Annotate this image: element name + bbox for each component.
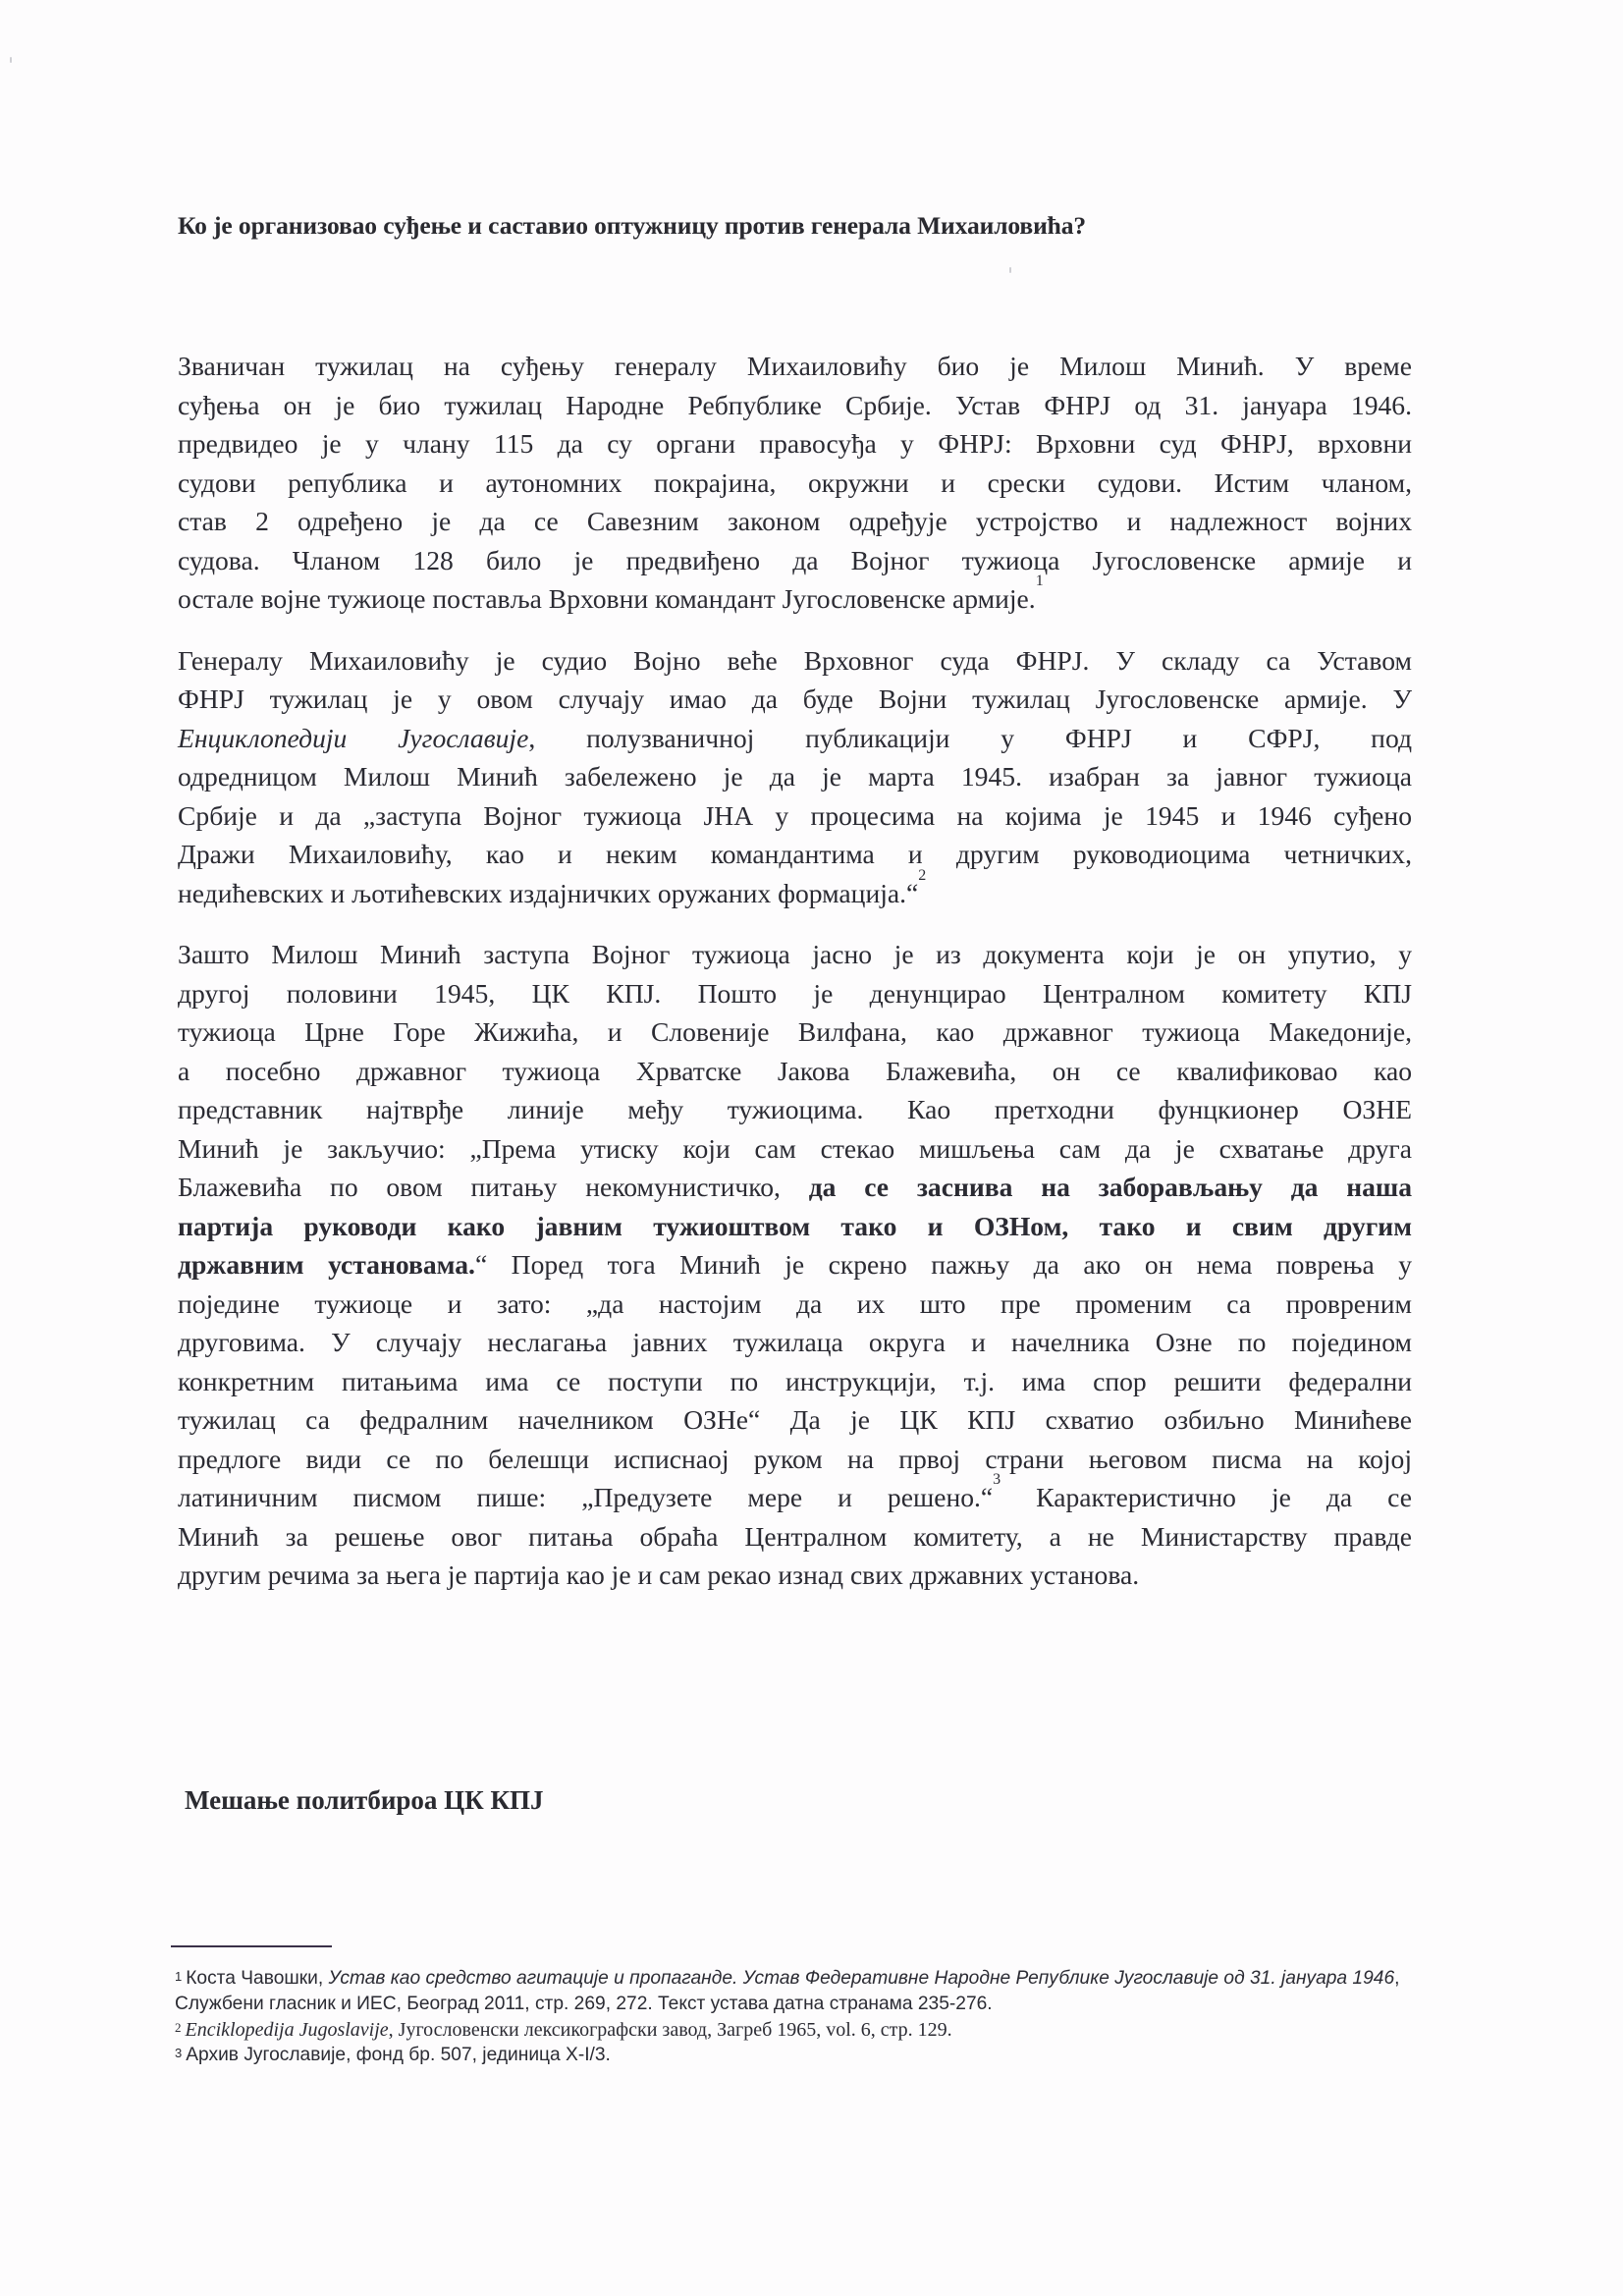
text-run: латиничним писмом пише: „Предузете мере … xyxy=(178,1482,993,1512)
text-line: Енциклопедији Југославије, полузваничној… xyxy=(178,719,1412,758)
text-run: предлоге види се по белешци исписнаој ру… xyxy=(178,1444,1412,1474)
text-run: предвидео је у члану 115 да су органи пр… xyxy=(178,428,1412,459)
text-line: тужиоца Црне Горе Жижића, и Словеније Ви… xyxy=(178,1012,1412,1052)
text-line: одредницом Милош Минић забележено је да … xyxy=(178,757,1412,796)
text-run: Минић је закључио: „Према утиску који са… xyxy=(178,1133,1412,1164)
text-line: суђења он је био тужилац Народне Ребпубл… xyxy=(178,386,1412,425)
paragraph: Званичан тужилац на суђењу генералу Миха… xyxy=(178,347,1412,619)
text-line: друговима. У случају неслагања јавних ту… xyxy=(178,1323,1412,1362)
text-line: Генералу Михаиловићу је судио Војно веће… xyxy=(178,641,1412,681)
text-line: Србије и да „заступа Војног тужиоца ЈНА … xyxy=(178,796,1412,836)
footnote-separator xyxy=(171,1945,332,1947)
text-line: судова. Чланом 128 било је предвиђено да… xyxy=(178,541,1412,580)
paragraph: Зашто Милош Минић заступа Војног тужиоца… xyxy=(178,935,1412,1595)
text-line: другој половини 1945, ЦК КПЈ. Пошто је д… xyxy=(178,974,1412,1013)
footnote-reference[interactable]: 1 xyxy=(1036,573,1044,589)
text-line: став 2 одређено је да се Савезним законо… xyxy=(178,502,1412,541)
text-line: партија руководи како јавним тужиоштвом … xyxy=(178,1207,1412,1246)
text-run: Званичан тужилац на суђењу генералу Миха… xyxy=(178,351,1412,381)
text-run: остале војне тужиоце поставља Врховни ко… xyxy=(178,583,1036,614)
text-run: суђења он је био тужилац Народне Ребпубл… xyxy=(178,390,1412,420)
text-line: предвидео је у члану 115 да су органи пр… xyxy=(178,424,1412,464)
text-line: Блажевића по овом питању некомунистичко,… xyxy=(178,1168,1412,1207)
text-line: Званичан тужилац на суђењу генералу Миха… xyxy=(178,347,1412,386)
text-run: друговима. У случају неслагања јавних ту… xyxy=(178,1327,1412,1357)
text-line: Минић за решење овог питања обраћа Центр… xyxy=(178,1517,1412,1557)
text-line: представник најтврђе линије међу тужиоци… xyxy=(178,1090,1412,1129)
text-run: Зашто Милош Минић заступа Војног тужиоца… xyxy=(178,939,1412,969)
scan-speck xyxy=(10,57,12,63)
footnote-3: 3Архив Југославије, фонд бр. 507, једини… xyxy=(175,2043,1412,2068)
section-heading: Мешање политбироа ЦК КПЈ xyxy=(185,1785,544,1816)
text-run: Србије и да „заступа Војног тужиоца ЈНА … xyxy=(178,800,1412,831)
text-run: тужиоца Црне Горе Жижића, и Словеније Ви… xyxy=(178,1016,1412,1047)
text-run: представник најтврђе линије међу тужиоци… xyxy=(178,1094,1412,1124)
footnote-number: 1 xyxy=(175,1969,182,1984)
footnote-reference[interactable]: 3 xyxy=(993,1471,1001,1488)
text-line: а посебно државног тужиоца Хрватске Јако… xyxy=(178,1052,1412,1091)
text-run: Дражи Михаиловићу, као и неким командант… xyxy=(178,839,1412,869)
text-line: недићевских и љотићевских издајничких ор… xyxy=(178,874,1412,913)
text-line: конкретним питањима има се поступи по ин… xyxy=(178,1362,1412,1401)
paragraph: Генералу Михаиловићу је судио Војно веће… xyxy=(178,641,1412,913)
document-title: Ко је организовао суђење и саставио опту… xyxy=(178,211,1086,241)
text-line: другим речима за њега је партија као је … xyxy=(178,1556,1412,1595)
text-run: поједине тужиоце и зато: „да настојим да… xyxy=(178,1288,1412,1319)
text-line: Зашто Милош Минић заступа Војног тужиоца… xyxy=(178,935,1412,974)
text-run: судова. Чланом 128 било је предвиђено да… xyxy=(178,545,1412,575)
text-line: предлоге види се по белешци исписнаој ру… xyxy=(178,1440,1412,1479)
text-run: тужилац са федралним начелником ОЗНе“ Да… xyxy=(178,1404,1412,1435)
text-line: Минић је закључио: „Према утиску који са… xyxy=(178,1129,1412,1169)
text-run: одредницом Милош Минић забележено је да … xyxy=(178,761,1412,792)
text-run: конкретним питањима има се поступи по ин… xyxy=(178,1366,1412,1396)
text-run: Генералу Михаиловићу је судио Војно веће… xyxy=(178,645,1412,676)
citation-title: Enciklopedija Jugoslavije xyxy=(186,2019,389,2041)
text-line: остале војне тужиоце поставља Врховни ко… xyxy=(178,579,1412,619)
bold-text: партија руководи како јавним тужиоштвом … xyxy=(178,1211,1412,1241)
text-line: Дражи Михаиловићу, као и неким командант… xyxy=(178,835,1412,874)
text-run: Блажевића по овом питању некомунистичко, xyxy=(178,1172,809,1202)
citation-text: Коста Чавошки, xyxy=(186,1968,328,1989)
text-line: латиничним писмом пише: „Предузете мере … xyxy=(178,1478,1412,1517)
text-line: судови република и аутономних покрајина,… xyxy=(178,464,1412,503)
footnote-reference[interactable]: 2 xyxy=(918,867,926,884)
text-line: ФНРЈ тужилац је у овом случају имао да б… xyxy=(178,680,1412,719)
text-run: “ Поред тога Минић је скрено пажњу да ак… xyxy=(475,1249,1412,1280)
citation-text: Архив Југославије, фонд бр. 507, јединиц… xyxy=(186,2045,611,2065)
italic-text: Енциклопедији Југославије xyxy=(178,723,528,753)
text-run: Карактеристично је да се xyxy=(1001,1482,1412,1512)
text-run: ФНРЈ тужилац је у овом случају имао да б… xyxy=(178,683,1412,714)
document-page: Ко је организовао суђење и саставио опту… xyxy=(0,0,1623,2296)
citation-title: Устав као средство агитације и пропаганд… xyxy=(329,1968,1395,1989)
scan-speck xyxy=(1009,267,1011,273)
text-line: државним установама.“ Поред тога Минић ј… xyxy=(178,1245,1412,1285)
text-run: а посебно државног тужиоца Хрватске Јако… xyxy=(178,1056,1412,1086)
text-run: другим речима за њега је партија као је … xyxy=(178,1559,1139,1590)
bold-text: да се заснива на заборављању да наша xyxy=(809,1172,1412,1202)
text-run: судови република и аутономних покрајина,… xyxy=(178,467,1412,498)
text-run: недићевских и љотићевских издајничких ор… xyxy=(178,878,918,908)
citation-text: , Југословенски лексикографски завод, За… xyxy=(389,2019,952,2041)
text-run: , полузваничној публикацији у ФНРЈ и СФР… xyxy=(528,723,1412,753)
text-run: став 2 одређено је да се Савезним законо… xyxy=(178,506,1412,536)
footnote-number: 2 xyxy=(175,2020,182,2035)
footnote-number: 3 xyxy=(175,2046,182,2060)
footnotes: 1Коста Чавошки, Устав као средство агита… xyxy=(175,1966,1412,2068)
text-run: другој половини 1945, ЦК КПЈ. Пошто је д… xyxy=(178,978,1412,1009)
bold-text: државним установама. xyxy=(178,1249,475,1280)
footnote-1: 1Коста Чавошки, Устав као средство агита… xyxy=(175,1966,1412,2017)
footnote-2: 2Enciklopedija Jugoslavije, Југословенск… xyxy=(175,2017,1412,2043)
text-run: Минић за решење овог питања обраћа Центр… xyxy=(178,1521,1412,1552)
text-line: тужилац са федралним начелником ОЗНе“ Да… xyxy=(178,1400,1412,1440)
document-body: Званичан тужилац на суђењу генералу Миха… xyxy=(178,347,1412,1617)
text-line: поједине тужиоце и зато: „да настојим да… xyxy=(178,1285,1412,1324)
